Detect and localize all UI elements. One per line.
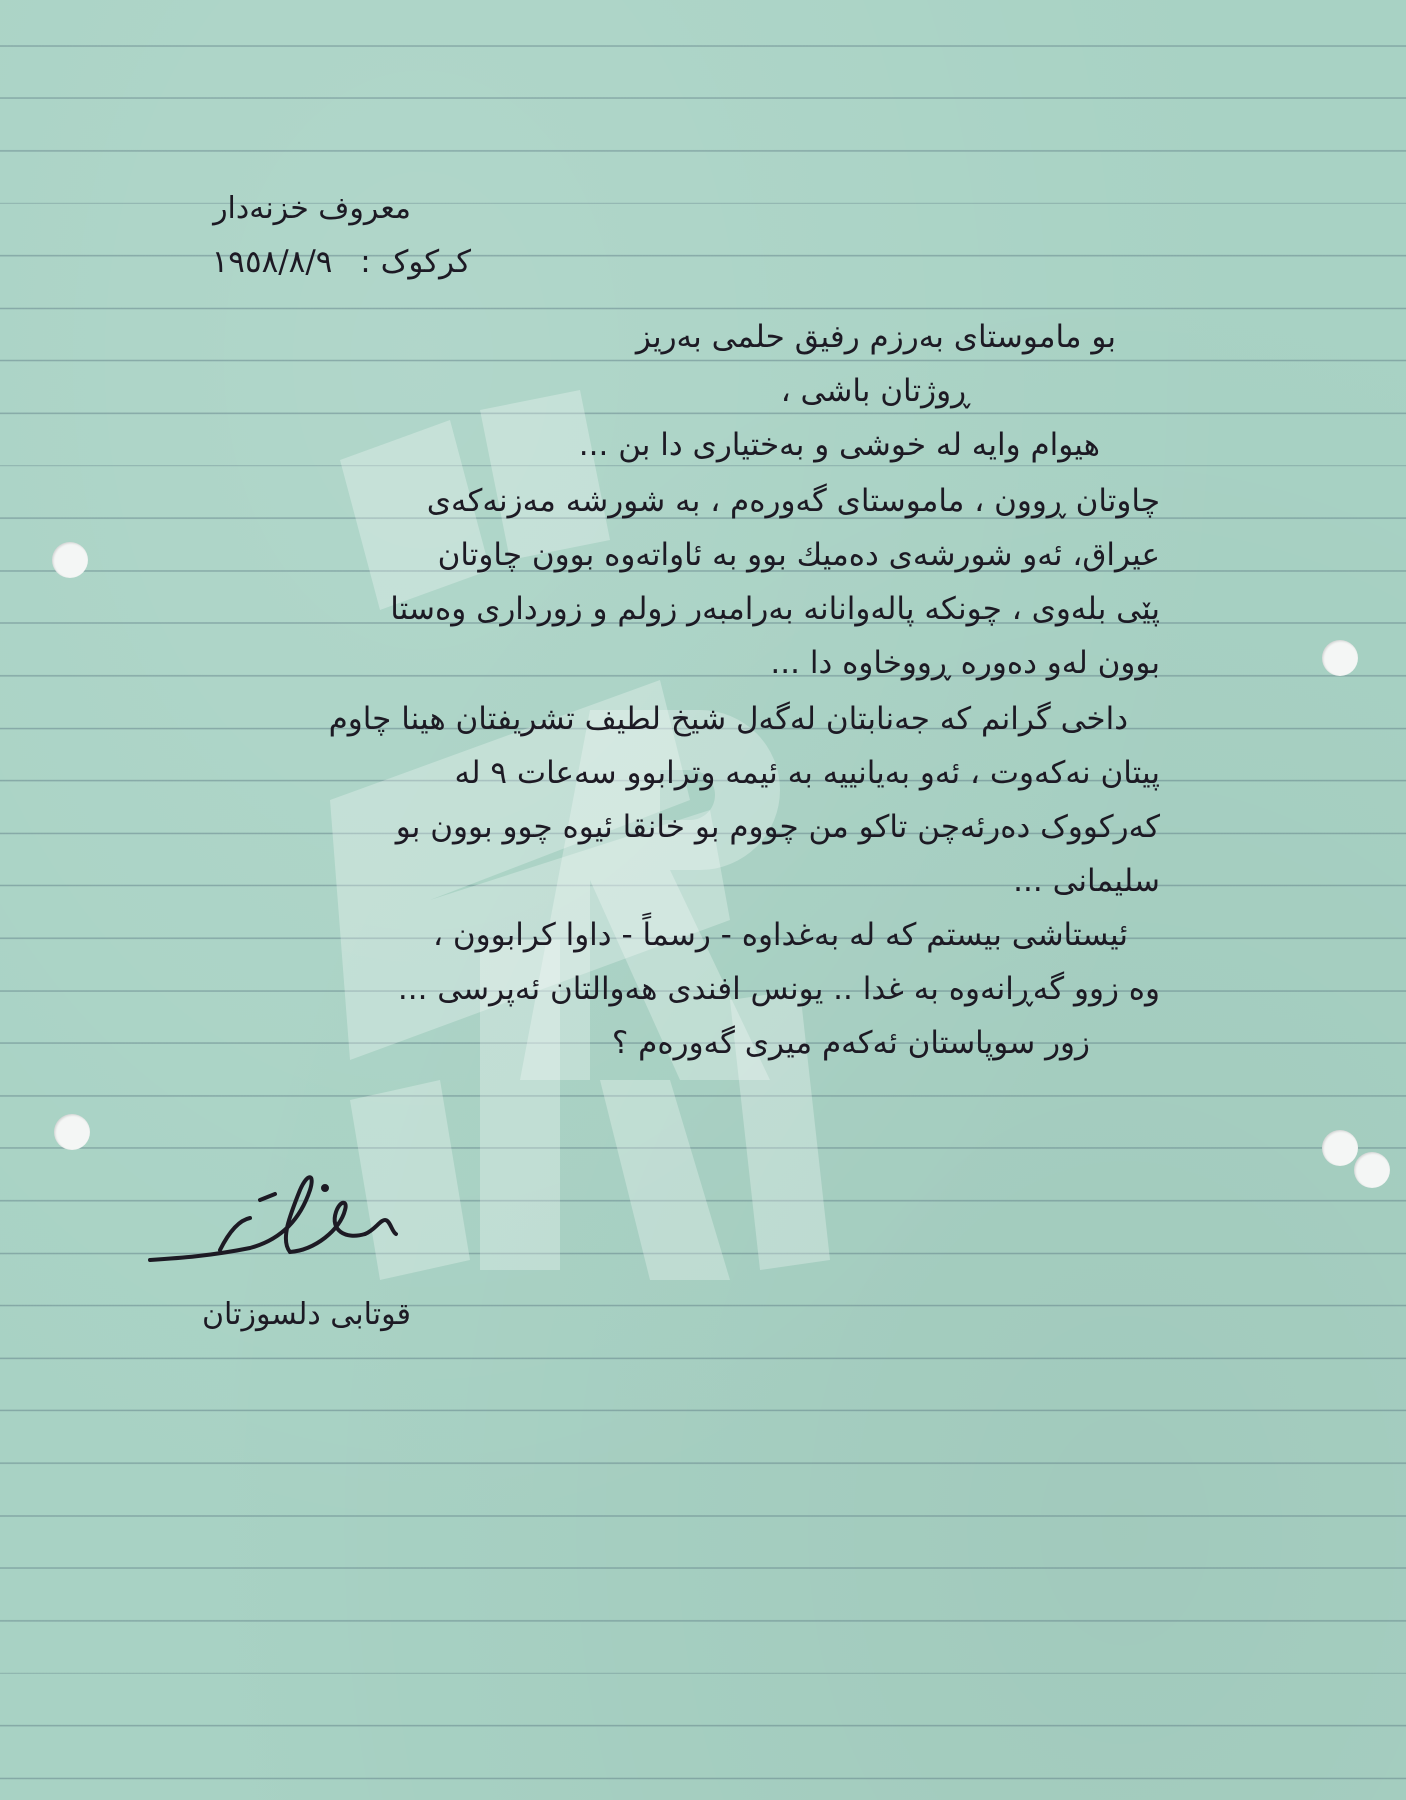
body-line: بوون لەو دەورە ڕووخاوە دا ... bbox=[770, 648, 1160, 679]
body-line: کەرکووک دەرئەچن تاکو من چووم بو خانقا ئی… bbox=[396, 812, 1160, 843]
separator: : bbox=[360, 244, 370, 280]
body-line: داخی گرانم کە جەنابتان لەگەل شیخ لطیف تش… bbox=[329, 704, 1128, 735]
greeting-line: ڕوژتان باشی ، bbox=[781, 376, 970, 407]
date: ١٩٥٨/٨/٩ bbox=[212, 244, 333, 280]
punch-hole bbox=[1322, 1130, 1358, 1166]
body-line: زور سوپاستان ئەکەم میری گەورەم ؟ bbox=[612, 1028, 1090, 1059]
letter-page: معروف خزنەدار کرکوک : ١٩٥٨/٨/٩ بو ماموست… bbox=[0, 0, 1406, 1800]
body-line: پیتان نەکەوت ، ئەو بەیانییە بە ئیمە وترا… bbox=[454, 758, 1160, 789]
recipient-line: بو ماموستای بەرزم رفیق حلمی بەریز bbox=[636, 322, 1116, 353]
body-line: چاوتان ڕوون ، ماموستای گەورەم ، بە شورشە… bbox=[427, 486, 1160, 517]
punch-hole bbox=[54, 1114, 90, 1150]
punch-hole bbox=[1354, 1152, 1390, 1188]
punch-hole bbox=[52, 542, 88, 578]
place: کرکوک bbox=[381, 244, 471, 280]
punch-hole bbox=[1322, 640, 1358, 676]
body-line: پێی بلەوی ، چونکە پالەوانانە بەرامبەر زو… bbox=[390, 594, 1160, 625]
signature bbox=[140, 1160, 400, 1270]
body-line: عیراق، ئەو شورشەی دەمیك بوو بە ئاواتەوە … bbox=[438, 540, 1160, 571]
body-line: وە زوو گەڕانەوە بە غدا .. یونس افندی هەو… bbox=[398, 974, 1160, 1005]
body-line: هیوام وایە لە خوشی و بەختیاری دا بن ... bbox=[579, 430, 1100, 461]
body-line: سلیمانی ... bbox=[1013, 866, 1160, 897]
valediction: قوتابی دلسوزتان bbox=[202, 1300, 411, 1330]
place-date-line: کرکوک : ١٩٥٨/٨/٩ bbox=[212, 247, 471, 278]
body-line: ئیستاشی بیستم کە لە بەغداوە - رسماً - دا… bbox=[433, 920, 1128, 951]
author-name: معروف خزنەدار bbox=[213, 194, 411, 224]
